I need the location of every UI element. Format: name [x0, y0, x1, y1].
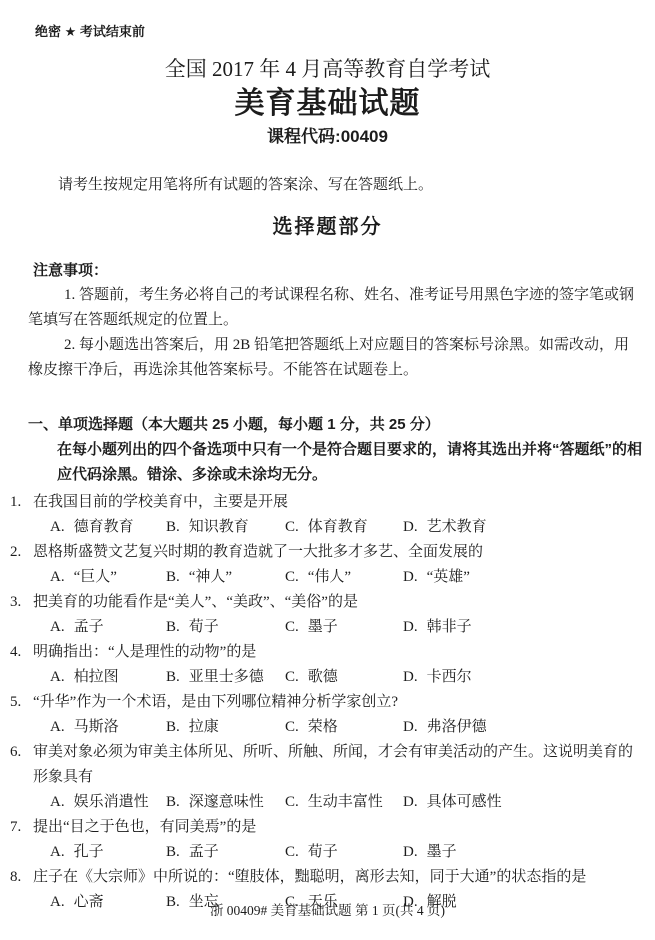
option-letter: B.: [166, 790, 180, 815]
question-options: A.马斯洛 B.拉康 C.荣格 D.弗洛伊德: [50, 715, 655, 740]
question-number: 5.: [10, 690, 33, 715]
classification-label: 绝密 ★ 考试结束前: [35, 24, 655, 40]
question-text: 在我国目前的学校美育中，主要是开展: [33, 490, 655, 515]
question-text: 明确指出：“人是理性的动物”的是: [33, 640, 655, 665]
question-options: A.柏拉图 B.亚里士多德 C.歌德 D.卡西尔: [50, 665, 655, 690]
question-number: 3.: [10, 590, 33, 615]
option-label: 亚里士多德: [189, 669, 264, 685]
option-label: 艺术教育: [427, 519, 487, 535]
option-letter: C.: [285, 615, 299, 640]
question-options: A.孔子 B.孟子 C.荀子 D.墨子: [50, 840, 655, 865]
option-label: 娱乐消遣性: [74, 794, 149, 810]
option-label: 生动丰富性: [308, 794, 383, 810]
pen-notice: 请考生按规定用笔将所有试题的答案涂、写在答题纸上。: [58, 173, 641, 198]
option-item: A.马斯洛: [50, 715, 166, 740]
option-letter: A.: [50, 565, 65, 590]
option-label: “英雄”: [427, 569, 470, 585]
option-letter: D.: [403, 615, 418, 640]
option-letter: D.: [403, 715, 418, 740]
question-number: 8.: [10, 865, 33, 890]
option-letter: A.: [50, 665, 65, 690]
option-letter: B.: [166, 615, 180, 640]
page-footer: 浙 00409# 美育基础试题 第 1 页(共 4 页): [0, 902, 655, 920]
option-item: B.孟子: [166, 840, 285, 865]
option-label: 卡西尔: [427, 669, 472, 685]
option-letter: D.: [403, 790, 418, 815]
question-text: 恩格斯盛赞文艺复兴时期的教育造就了一大批多才多艺、全面发展的: [33, 540, 655, 565]
option-letter: A.: [50, 790, 65, 815]
option-item: A.孟子: [50, 615, 166, 640]
question-text: 庄子在《大宗师》中所说的：“堕肢体，黜聪明，离形去知，同于大通”的状态指的是: [33, 865, 655, 890]
option-item: C.荀子: [285, 840, 403, 865]
option-item: C.生动丰富性: [285, 790, 403, 815]
option-item: D.韩非子: [403, 615, 647, 640]
option-item: D.卡西尔: [403, 665, 647, 690]
option-letter: B.: [166, 715, 180, 740]
question-number: 4.: [10, 640, 33, 665]
option-item: B.荀子: [166, 615, 285, 640]
question-item-2: 2. 恩格斯盛赞文艺复兴时期的教育造就了一大批多才多艺、全面发展的 A.“巨人”…: [0, 540, 655, 590]
option-letter: C.: [285, 790, 299, 815]
option-label: 德育教育: [74, 519, 134, 535]
option-item: C.荣格: [285, 715, 403, 740]
option-label: 孟子: [189, 844, 219, 860]
option-item: B.拉康: [166, 715, 285, 740]
option-letter: B.: [166, 665, 180, 690]
option-item: C.墨子: [285, 615, 403, 640]
option-item: A.娱乐消遣性: [50, 790, 166, 815]
question-options: A.娱乐消遣性 B.深邃意味性 C.生动丰富性 D.具体可感性: [50, 790, 655, 815]
option-label: 深邃意味性: [189, 794, 264, 810]
question-text: 提出“目之于色也，有同美焉”的是: [33, 815, 655, 840]
option-letter: C.: [285, 840, 299, 865]
course-code: 课程代码:00409: [0, 126, 655, 148]
notes-heading: 注意事项：: [33, 258, 655, 283]
question-item-7: 7. 提出“目之于色也，有同美焉”的是 A.孔子 B.孟子 C.荀子 D.墨子: [0, 815, 655, 865]
option-item: D.墨子: [403, 840, 647, 865]
option-item: D.“英雄”: [403, 565, 647, 590]
part-one-heading: 一、单项选择题（本大题共 25 小题，每小题 1 分，共 25 分）: [28, 412, 643, 437]
exam-paper-page: 绝密 ★ 考试结束前 全国 2017 年 4 月高等教育自学考试 美育基础试题 …: [0, 0, 655, 940]
option-item: D.弗洛伊德: [403, 715, 647, 740]
option-letter: B.: [166, 840, 180, 865]
question-number: 2.: [10, 540, 33, 565]
question-item-4: 4. 明确指出：“人是理性的动物”的是 A.柏拉图 B.亚里士多德 C.歌德 D…: [0, 640, 655, 690]
question-item-5: 5. “升华”作为一个术语，是由下列哪位精神分析学家创立? A.马斯洛 B.拉康…: [0, 690, 655, 740]
option-label: 墨子: [308, 619, 338, 635]
option-letter: A.: [50, 515, 65, 540]
option-letter: D.: [403, 565, 418, 590]
option-letter: D.: [403, 665, 418, 690]
question-options: A.“巨人” B.“神人” C.“伟人” D.“英雄”: [50, 565, 655, 590]
option-item: C.“伟人”: [285, 565, 403, 590]
option-letter: B.: [166, 565, 180, 590]
option-label: 马斯洛: [74, 719, 119, 735]
option-label: 孔子: [74, 844, 104, 860]
option-item: B.“神人”: [166, 565, 285, 590]
option-item: A.德育教育: [50, 515, 166, 540]
option-item: A.柏拉图: [50, 665, 166, 690]
option-item: D.艺术教育: [403, 515, 647, 540]
option-label: “神人”: [189, 569, 232, 585]
exam-title: 全国 2017 年 4 月高等教育自学考试: [0, 55, 655, 83]
option-letter: A.: [50, 615, 65, 640]
question-options: A.德育教育 B.知识教育 C.体育教育 D.艺术教育: [50, 515, 655, 540]
note-paragraph-2: 2. 每小题选出答案后，用 2B 铅笔把答题纸上对应题目的答案标号涂黑。如需改动…: [28, 333, 641, 383]
question-list: 1. 在我国目前的学校美育中，主要是开展 A.德育教育 B.知识教育 C.体育教…: [0, 490, 655, 915]
option-letter: B.: [166, 515, 180, 540]
question-text: 审美对象必须为审美主体所见、所听、所触、所闻，才会有审美活动的产生。这说明美育的…: [33, 740, 655, 790]
question-item-3: 3. 把美育的功能看作是“美人”、“美政”、“美俗”的是 A.孟子 B.荀子 C…: [0, 590, 655, 640]
question-item-1: 1. 在我国目前的学校美育中，主要是开展 A.德育教育 B.知识教育 C.体育教…: [0, 490, 655, 540]
section-title: 选择题部分: [0, 213, 655, 241]
option-label: 拉康: [189, 719, 219, 735]
option-label: 歌德: [308, 669, 338, 685]
option-item: D.具体可感性: [403, 790, 647, 815]
part-one-instruction: 在每小题列出的四个备选项中只有一个是符合题目要求的，请将其选出并将“答题纸”的相…: [57, 437, 645, 487]
option-letter: D.: [403, 515, 418, 540]
option-label: 体育教育: [308, 519, 368, 535]
question-number: 7.: [10, 815, 33, 840]
option-label: 弗洛伊德: [427, 719, 487, 735]
note-paragraph-1: 1. 答题前，考生务必将自己的考试课程名称、姓名、准考证号用黑色字迹的签字笔或钢…: [28, 283, 641, 333]
option-letter: D.: [403, 840, 418, 865]
option-letter: C.: [285, 715, 299, 740]
option-item: C.体育教育: [285, 515, 403, 540]
option-item: B.亚里士多德: [166, 665, 285, 690]
option-letter: A.: [50, 715, 65, 740]
option-letter: C.: [285, 565, 299, 590]
question-number: 6.: [10, 740, 33, 790]
option-label: 荣格: [308, 719, 338, 735]
option-item: B.知识教育: [166, 515, 285, 540]
question-text: 把美育的功能看作是“美人”、“美政”、“美俗”的是: [33, 590, 655, 615]
option-label: 具体可感性: [427, 794, 502, 810]
question-text: “升华”作为一个术语，是由下列哪位精神分析学家创立?: [33, 690, 655, 715]
option-letter: A.: [50, 840, 65, 865]
option-label: 荀子: [308, 844, 338, 860]
option-label: “伟人”: [308, 569, 351, 585]
question-options: A.孟子 B.荀子 C.墨子 D.韩非子: [50, 615, 655, 640]
option-item: A.孔子: [50, 840, 166, 865]
option-label: 孟子: [74, 619, 104, 635]
option-label: 柏拉图: [74, 669, 119, 685]
option-label: “巨人”: [74, 569, 117, 585]
option-label: 韩非子: [427, 619, 472, 635]
question-item-6: 6. 审美对象必须为审美主体所见、所听、所触、所闻，才会有审美活动的产生。这说明…: [0, 740, 655, 815]
option-item: C.歌德: [285, 665, 403, 690]
question-number: 1.: [10, 490, 33, 515]
option-label: 荀子: [189, 619, 219, 635]
option-letter: C.: [285, 665, 299, 690]
option-label: 知识教育: [189, 519, 249, 535]
option-item: B.深邃意味性: [166, 790, 285, 815]
option-letter: C.: [285, 515, 299, 540]
option-label: 墨子: [427, 844, 457, 860]
paper-title: 美育基础试题: [0, 86, 655, 122]
option-item: A.“巨人”: [50, 565, 166, 590]
